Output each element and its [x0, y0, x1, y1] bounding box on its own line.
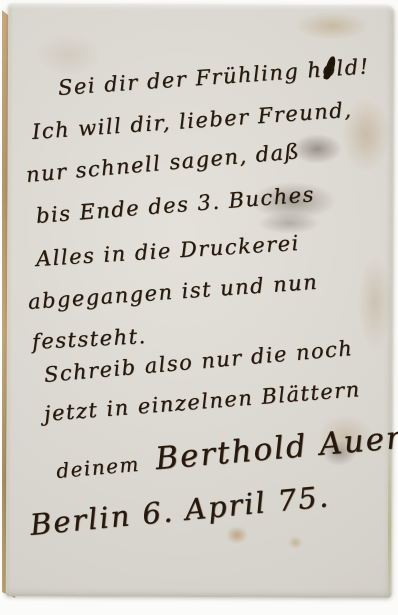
letter-line: nur schnell sagen, daß: [25, 139, 301, 187]
signature-line: deinemBerthold Auerbach.: [54, 411, 398, 486]
handwritten-text: Sei dir der Frühling hold! Ich will dir,…: [0, 0, 398, 615]
scanned-letter: Sei dir der Frühling hold! Ich will dir,…: [0, 0, 398, 615]
dateline: Berlin 6. April 75.: [28, 479, 331, 542]
letter-line: bis Ende des 3. Buches: [35, 182, 316, 228]
letter-line: Sei dir der Frühling hold!: [57, 54, 370, 100]
letter-line: feststeht.: [31, 324, 147, 354]
letter-line: abgegangen ist und nun: [27, 270, 319, 314]
letter-line: Ich will dir, lieber Freund,: [31, 98, 353, 144]
letter-line: Alles in die Druckerei: [35, 231, 300, 271]
valediction: deinem: [55, 452, 140, 483]
letter-line: jetzt in einzelnen Blättern: [43, 377, 361, 426]
signature: Berthold Auerbach.: [154, 411, 398, 477]
